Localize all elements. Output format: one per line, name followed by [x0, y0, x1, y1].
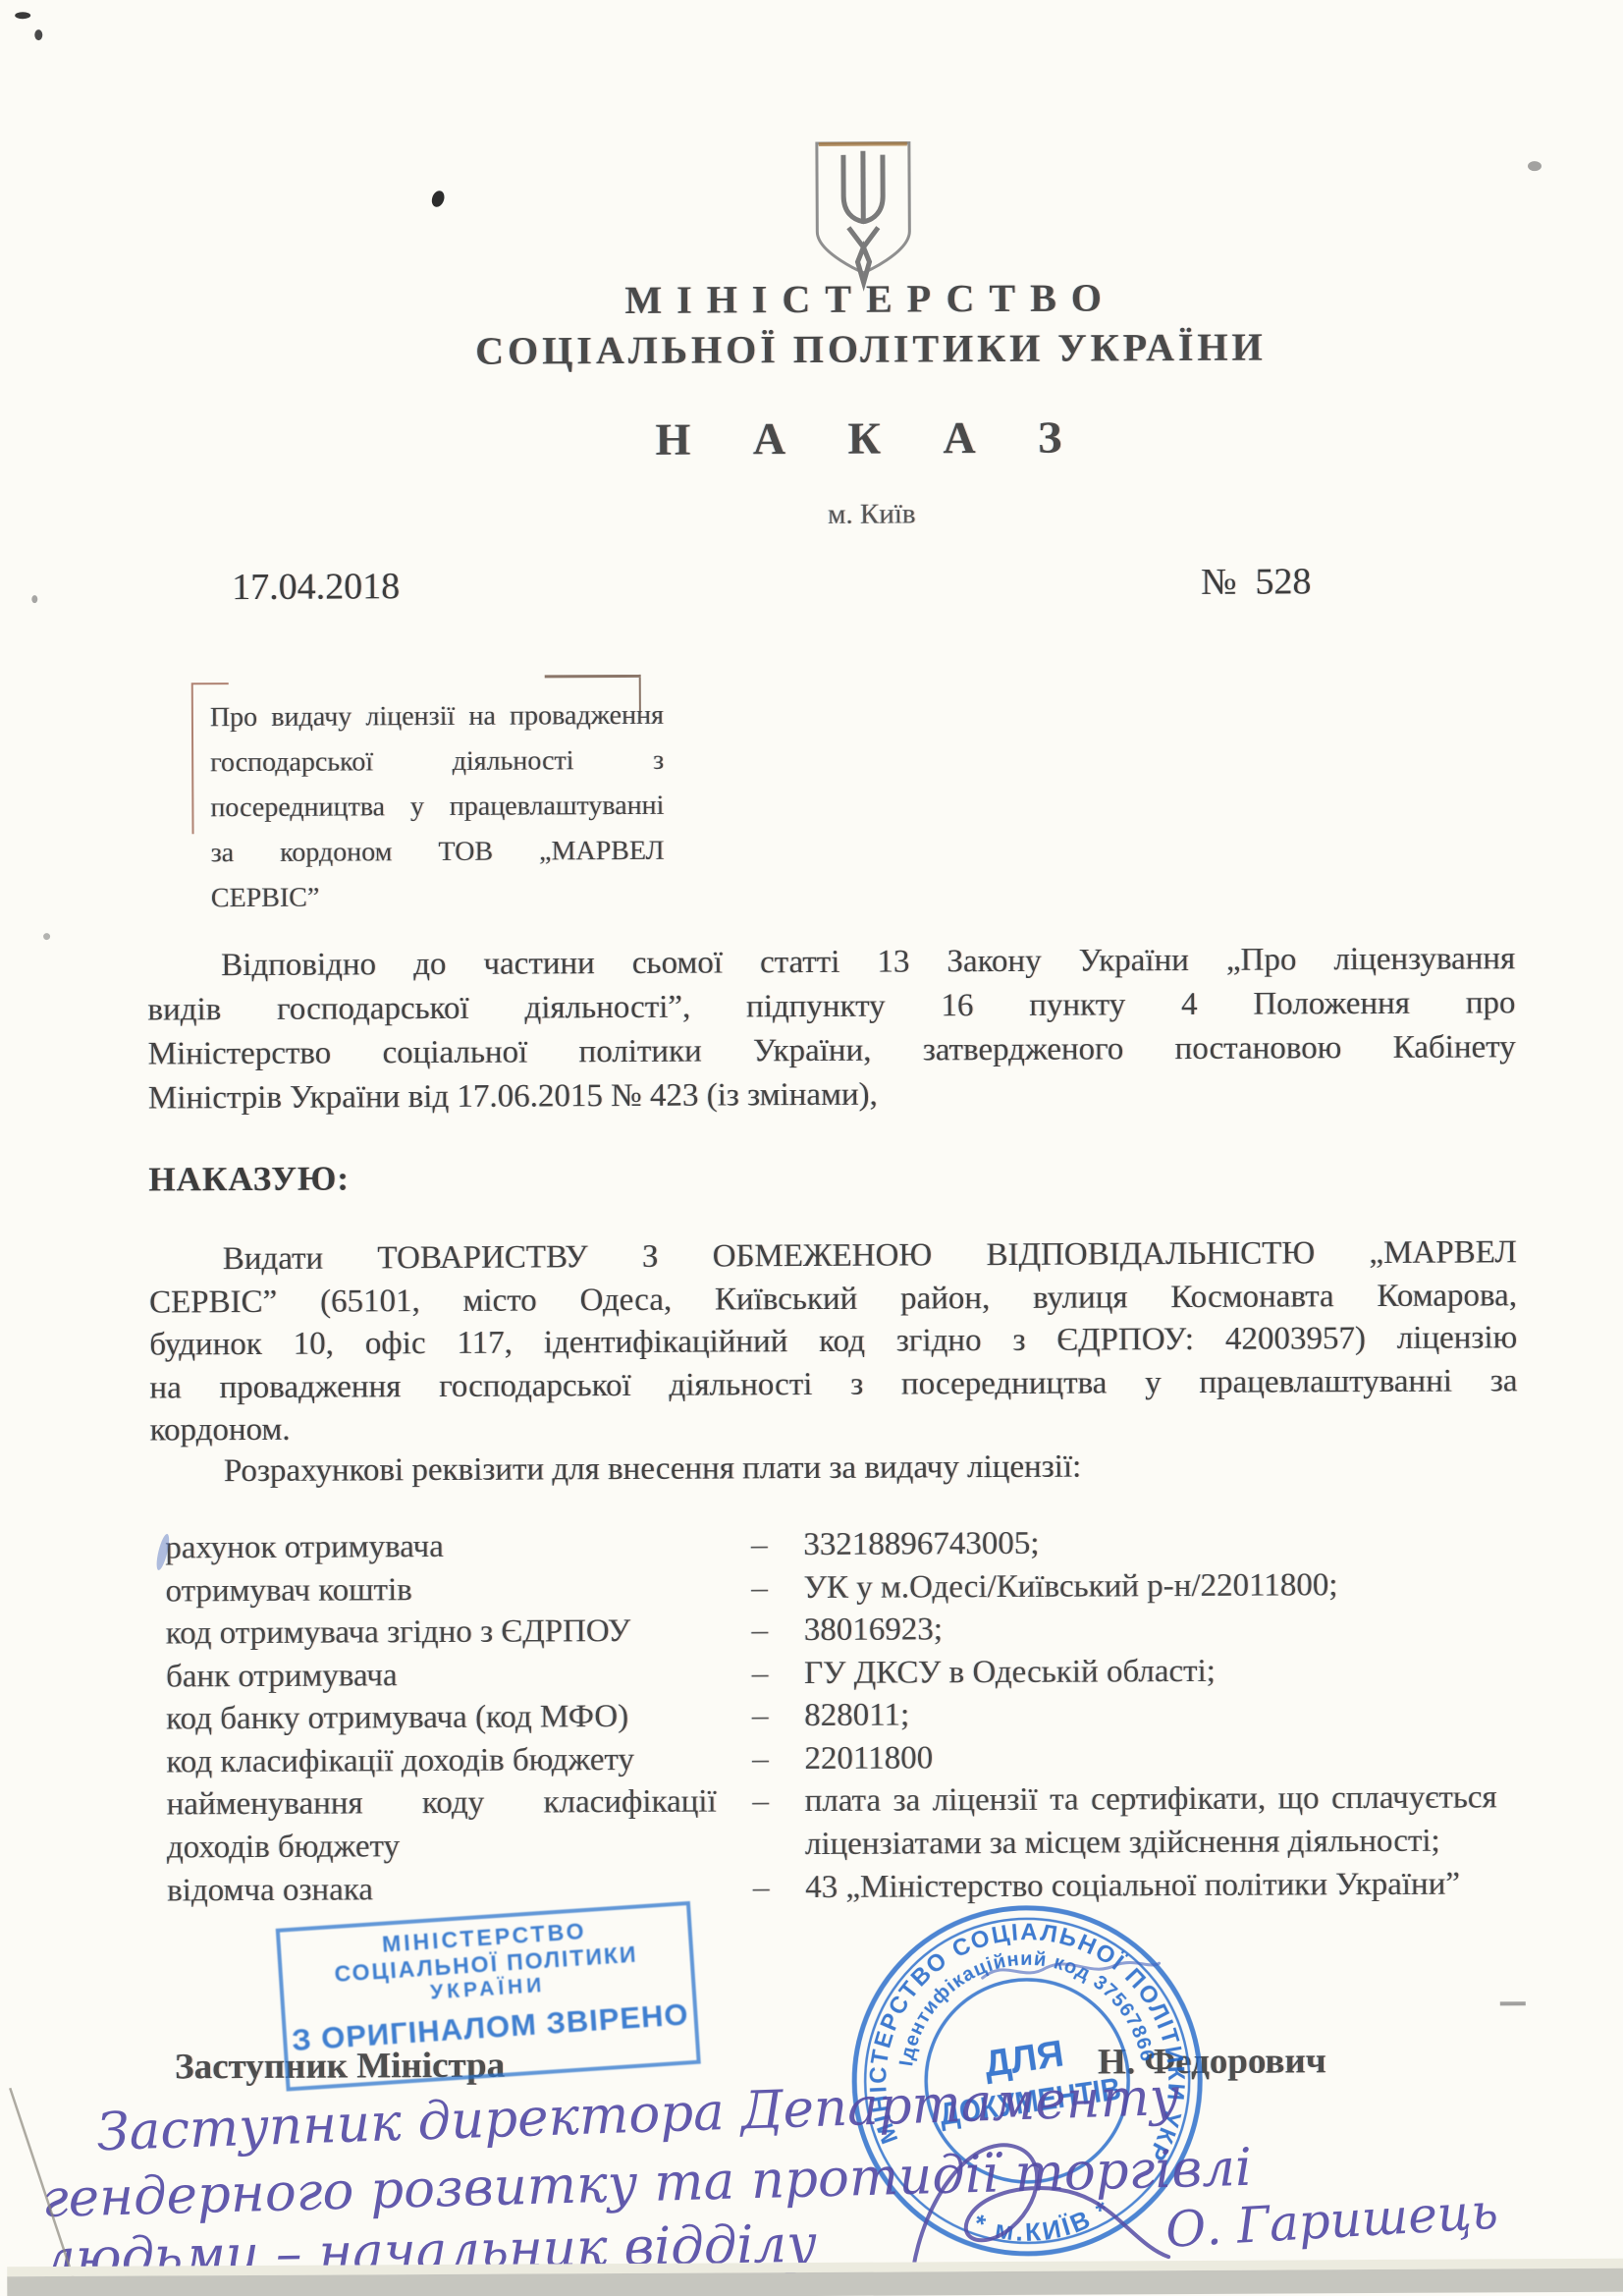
- ministry-name-line2: СОЦІАЛЬНОЇ ПОЛІТИКИ УКРАЇНИ: [475, 324, 1267, 374]
- preamble-line: Міністерство соціальної політики України…: [148, 1025, 1516, 1076]
- requisite-dash: –: [715, 1524, 803, 1567]
- requisite-label: код отримувача згідно з ЄДРПОУ: [166, 1611, 716, 1656]
- requisite-label: код класифікації доходів бюджету: [166, 1738, 716, 1783]
- requisite-row: банк отримувача – ГУ ДКСУ в Одеській обл…: [166, 1649, 1541, 1699]
- requisite-row: код банку отримувача (код МФО) – 828011;: [166, 1691, 1541, 1741]
- order-line: будинок 10, офіс 117, ідентифікаційний к…: [149, 1317, 1517, 1367]
- rect-certification-stamp: МІНІСТЕРСТВО СОЦІАЛЬНОЇ ПОЛІТИКИ УКРАЇНИ…: [276, 1901, 701, 2092]
- requisite-row: отримувач коштів – УК у м.Одесі/Київськи…: [165, 1563, 1540, 1613]
- requisite-value: 828011;: [804, 1691, 1496, 1737]
- pen-squiggle-mark: [977, 1947, 1163, 1997]
- order-line: кордоном.: [150, 1402, 1518, 1452]
- requisite-row: найменування коду класифікації доходів б…: [167, 1777, 1542, 1869]
- requisite-label: рахунок отримувача: [165, 1525, 715, 1570]
- requisite-dash: –: [716, 1738, 804, 1781]
- requisite-value: плата за ліцензії та сертифікати, що спл…: [805, 1777, 1497, 1866]
- preamble-line: Відповідно до частини сьомої статті 13 З…: [147, 937, 1515, 988]
- preamble-line: видів господарської діяльності”, підпунк…: [147, 981, 1515, 1032]
- requisite-dash: –: [716, 1653, 804, 1696]
- ukraine-trident-emblem-icon: [811, 137, 916, 293]
- order-line: на провадження господарської діяльності …: [149, 1360, 1517, 1410]
- requisite-label: код банку отримувача (код МФО): [166, 1696, 716, 1741]
- subject-line: СЕРВІС”: [211, 874, 665, 921]
- subject-line: за кордоном ТОВ „МАРВЕЛ: [211, 829, 665, 876]
- requisites-intro: Розрахункові реквізити для внесення плат…: [150, 1447, 1518, 1490]
- scan-speck: [34, 29, 42, 40]
- requisite-value: 38016923;: [804, 1606, 1496, 1652]
- order-paragraph: Видати ТОВАРИСТВУ З ОБМЕЖЕНОЮ ВІДПОВІДАЛ…: [149, 1231, 1518, 1452]
- scan-speck: [15, 12, 30, 19]
- requisite-row: код класифікації доходів бюджету – 22011…: [166, 1734, 1541, 1784]
- scan-speck: [43, 933, 50, 940]
- scan-dash-mark: [1500, 2001, 1526, 2005]
- order-line: Видати ТОВАРИСТВУ З ОБМЕЖЕНОЮ ВІДПОВІДАЛ…: [149, 1231, 1517, 1282]
- requisite-value: УК у м.Одесі/Київський р-н/22011800;: [803, 1563, 1495, 1610]
- order-line: СЕРВІС” (65101, місто Одеса, Київський р…: [149, 1275, 1517, 1325]
- document-date: 17.04.2018: [232, 565, 400, 609]
- requisite-row: рахунок отримувача – 33218896743005;: [165, 1520, 1540, 1570]
- requisite-dash: –: [717, 1867, 805, 1910]
- requisite-row: код отримувача згідно з ЄДРПОУ – 3801692…: [166, 1606, 1541, 1656]
- ministry-name-line1: МІНІСТЕРСТВО: [624, 274, 1116, 323]
- requisite-value: ГУ ДКСУ в Одеській області;: [804, 1649, 1496, 1695]
- scanned-order-page: МІНІСТЕРСТВО СОЦІАЛЬНОЇ ПОЛІТИКИ УКРАЇНИ…: [0, 0, 1623, 2296]
- requisite-dash: –: [715, 1567, 803, 1611]
- scan-speck: [31, 595, 37, 603]
- requisite-label: отримувач коштів: [165, 1567, 715, 1613]
- city-label: м. Київ: [828, 498, 916, 530]
- order-word: НАКАЗУЮ:: [148, 1159, 350, 1199]
- preamble-paragraph: Відповідно до частини сьомої статті 13 З…: [147, 937, 1516, 1121]
- subject-line: посередництва у працевлаштуванні: [210, 784, 664, 831]
- requisite-dash: –: [716, 1695, 804, 1738]
- subject-line: господарської діяльності з: [210, 738, 664, 786]
- requisites-list: рахунок отримувача – 33218896743005; отр…: [165, 1520, 1542, 1913]
- scan-speck: [1528, 161, 1542, 171]
- preamble-line: Міністрів України від 17.06.2015 № 423 (…: [148, 1069, 1516, 1121]
- requisite-dash: –: [717, 1780, 805, 1824]
- document-type-title: Н А К А З: [655, 411, 1087, 465]
- subject-line: Про видачу ліцензії на провадження: [210, 693, 664, 740]
- requisite-label: банк отримувача: [166, 1653, 716, 1698]
- document-number: № 528: [1201, 560, 1311, 604]
- requisite-value: 33218896743005;: [803, 1520, 1495, 1566]
- requisite-dash: –: [716, 1610, 804, 1653]
- scan-content: МІНІСТЕРСТВО СОЦІАЛЬНОЇ ПОЛІТИКИ УКРАЇНИ…: [0, 0, 1623, 2296]
- subject-block: Про видачу ліцензії на провадження госпо…: [210, 693, 665, 921]
- requisite-label: найменування коду класифікації доходів б…: [167, 1781, 717, 1870]
- requisite-value: 22011800: [804, 1734, 1496, 1780]
- scan-speck: [430, 189, 447, 208]
- scan-edge-line: [6, 2086, 95, 2296]
